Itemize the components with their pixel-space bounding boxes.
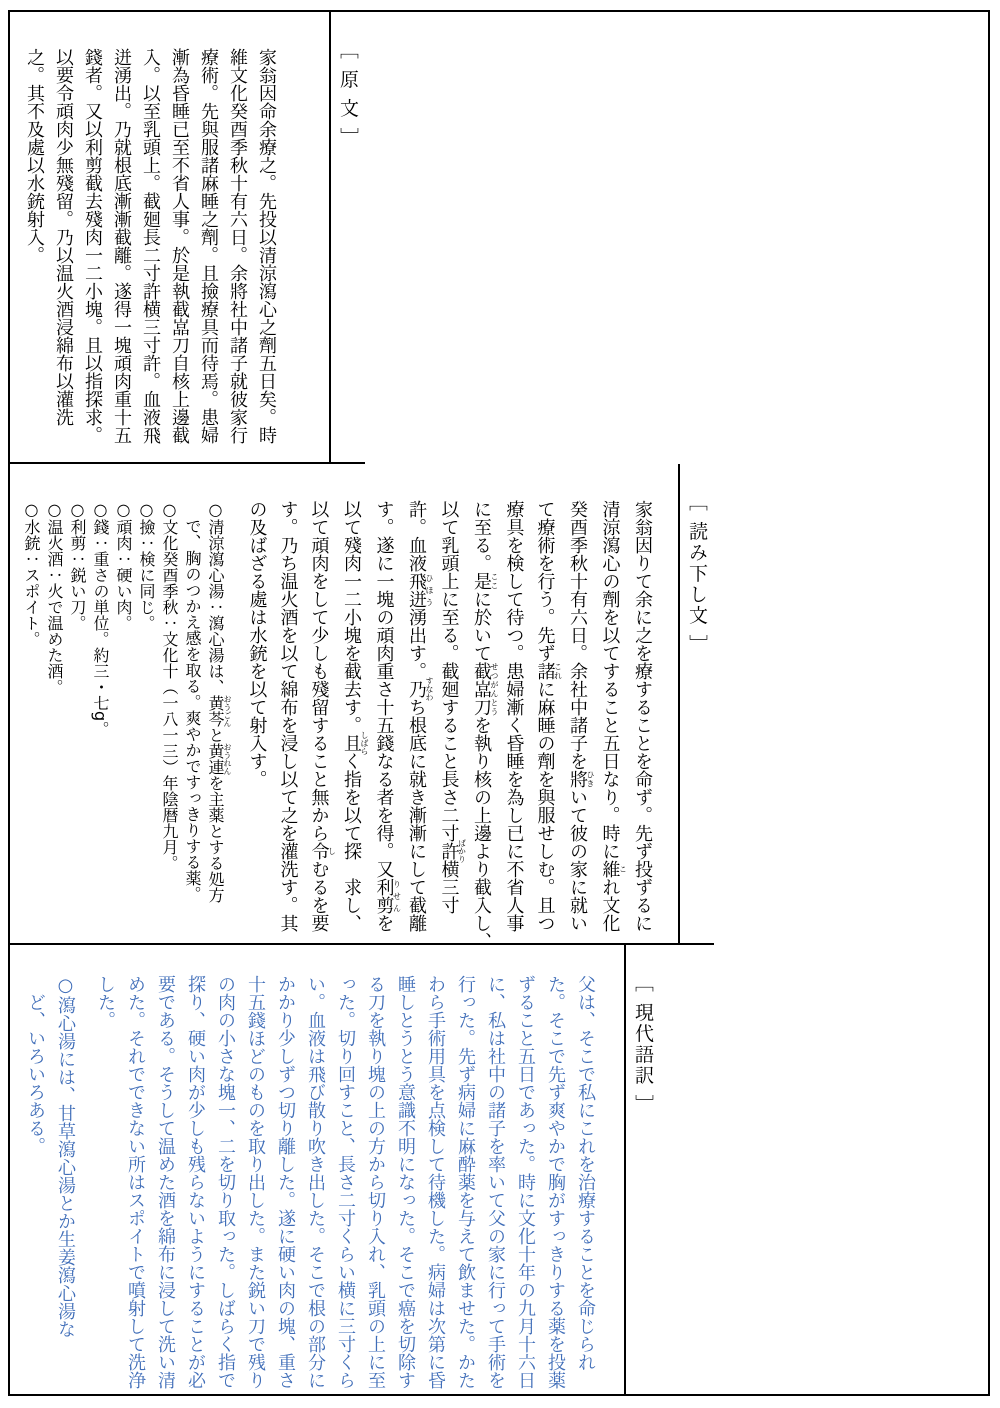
gendaigoyaku-note: ど、いろいろある。	[20, 975, 50, 1394]
gendaigoyaku-column: 行った。先ず病婦に麻酔薬を与えて飲ませた。かた	[450, 975, 480, 1394]
genbun-column: 以要令頑肉少無殘留。乃以温火酒浸綿布以灌洗	[49, 48, 78, 462]
genbun-column: 之。其不及處以水銃射入。	[20, 48, 49, 462]
genbun-column: 錢者。又以利剪截去殘肉一二小塊。且以指探求。	[78, 48, 107, 462]
yomikudashi-column: て療術を行う。先ず諸これに麻睡の劑を與服せしむ。且つ	[530, 500, 563, 943]
gendaigoyaku-column: ずること五日であった。時に文化十年の九月十六日	[510, 975, 540, 1394]
section-gendaigoyaku: ［ 現代語訳 ］ 父は、そこで私にこれを治療することを命じられ た。そこで先ず爽…	[10, 945, 660, 1394]
genbun-column: 家翁因命余療之。先投以清涼瀉心之劑五日矣。時	[252, 48, 281, 462]
yomikudashi-note: ○利剪：鋭い刀。	[66, 500, 89, 943]
yomikudashi-column: 許。血液飛迸ひほう湧出す。乃すなわち根底に就き漸漸にして截離	[401, 500, 434, 943]
gendaigoyaku-column: る刀を執り塊の上の方から切り入れ、乳頭の上に至	[360, 975, 390, 1394]
gendaigoyaku-column: った。切り回すこと、長さ二寸くらい横に三寸くら	[330, 975, 360, 1394]
gendaigoyaku-column: に、私は社中の諸子を率いて父の家に行って手術を	[480, 975, 510, 1394]
gendaigoyaku-column: 十五錢ほどのものを取り出した。また鋭い刀で残り	[240, 975, 270, 1394]
yomikudashi-note: ○温火酒：火で温めた酒。	[43, 500, 66, 943]
yomikudashi-column: す。遂に一塊の頑肉重さ十五錢なる者を得。又利剪りせんを	[369, 500, 402, 943]
genbun-column: 漸為昏睡已至不省人事。於是執截嵓刀自核上邊截	[165, 48, 194, 462]
gendaigoyaku-column: 要である。そうして温めた酒を綿布に浸して洗い清	[150, 975, 180, 1394]
gendaigoyaku-column: い。血液は飛び散り吹き出した。そこで根の部分に	[300, 975, 330, 1394]
yomikudashi-note: ○頑肉：硬い肉。	[112, 500, 135, 943]
yomikudashi-column: 家翁因りて余に之を療することを命ず。先ず投ずるに	[627, 500, 658, 943]
yomikudashi-column: す。乃ち温火酒を以て綿布を浸し以て之を灌洗す。其	[273, 500, 304, 943]
yomikudashi-column: 以て頑肉をして少しも殘留すること無から令しむるを要	[304, 500, 337, 943]
section-yomikudashi: ［ 読み下し文 ］ 家翁因りて余に之を療することを命ず。先ず投ずるに 清涼瀉心の…	[10, 464, 714, 945]
yomikudashi-column: 以て乳頭上に至る。截廻すること長さ二寸許ばかり横三寸	[434, 500, 467, 943]
yomikudashi-note: ○清涼瀉心湯：瀉心湯は、黄芩おうごんと黄連おうれんを主薬とする処方	[204, 500, 232, 943]
gendaigoyaku-column: 探り、硬い肉が少しも残らないようにすることが必	[180, 975, 210, 1394]
yomikudashi-header: ［ 読み下し文 ］	[680, 464, 714, 943]
yomikudashi-column: 以て殘肉一二小塊を截去す。且しばらく指を以て探 求し、	[336, 500, 369, 943]
genbun-header: ［ 原 文 ］	[331, 12, 365, 462]
document-page: ［ 原 文 ］ 家翁因命余療之。先投以清涼瀉心之劑五日矣。時 維文化癸酉季秋十有…	[0, 0, 1000, 1408]
document-frame: ［ 原 文 ］ 家翁因命余療之。先投以清涼瀉心之劑五日矣。時 維文化癸酉季秋十有…	[8, 10, 990, 1396]
yomikudashi-note: ○水銃：スポイト。	[20, 500, 43, 943]
gendaigoyaku-body: 父は、そこで私にこれを治療することを命じられ た。そこで先ず爽やかで胸がすっきり…	[20, 945, 600, 1394]
yomikudashi-body: 家翁因りて余に之を療することを命ず。先ず投ずるに 清涼瀉心の劑を以てすること五日…	[20, 464, 658, 943]
yomikudashi-column: 癸酉季秋十有六日。余社中諸子を將ひきいて彼の家に就い	[562, 500, 595, 943]
gendaigoyaku-header: ［ 現代語訳 ］	[626, 945, 660, 1394]
gendaigoyaku-column: の肉の小さな塊一、二を切り取った。しばらく指で	[210, 975, 240, 1394]
gendaigoyaku-column: た。そこで先ず爽やかで胸がすっきりする薬を投薬	[540, 975, 570, 1394]
gendaigoyaku-column: した。	[90, 975, 120, 1394]
gendaigoyaku-column: 父は、そこで私にこれを治療することを命じられ	[570, 975, 600, 1394]
gendaigoyaku-column: かかり少しずつ切り離した。遂に硬い肉の塊、重さ	[270, 975, 300, 1394]
yomikudashi-column: に至る。是ここに於いて截嵓刀せつがんとうを執り核の上邊より截入し、	[466, 500, 499, 943]
yomikudashi-note: ○撿：検に同じ。	[135, 500, 158, 943]
section-genbun: ［ 原 文 ］ 家翁因命余療之。先投以清涼瀉心之劑五日矣。時 維文化癸酉季秋十有…	[10, 12, 365, 464]
yomikudashi-note: で、胸のつかえ感を取る。爽やかですっきりする薬。	[181, 500, 204, 943]
genbun-column: 療術。先與服諸麻睡之劑。且撿療具而待焉。患婦	[194, 48, 223, 462]
genbun-column: 迸湧出。乃就根底漸漸截離。遂得一塊頑肉重十五	[107, 48, 136, 462]
gendaigoyaku-column: わら手術用具を点検して待機した。病婦は次第に昏	[420, 975, 450, 1394]
yomikudashi-note: ○錢：重さの単位。約三・七g。	[89, 500, 112, 943]
genbun-body: 家翁因命余療之。先投以清涼瀉心之劑五日矣。時 維文化癸酉季秋十有六日。余將社中諸…	[20, 12, 281, 462]
yomikudashi-note: ○文化癸酉季秋：文化十（一八一三）年陰暦九月。	[158, 500, 181, 943]
yomikudashi-column: の及ばざる處は水銃を以て射入す。	[242, 500, 273, 943]
genbun-column: 維文化癸酉季秋十有六日。余將社中諸子就彼家行	[223, 48, 252, 462]
gendaigoyaku-column: めた。それでできない所はスポイトで噴射して洗浄	[120, 975, 150, 1394]
gendaigoyaku-column: 睡しとうとう意識不明になった。そこで癌を切除す	[390, 975, 420, 1394]
gendaigoyaku-note: ○瀉心湯には、甘草瀉心湯とか生姜瀉心湯な	[50, 975, 80, 1394]
yomikudashi-column: 清涼瀉心の劑を以てすること五日なり。時に維これ文化	[595, 500, 628, 943]
yomikudashi-column: 療具を検して待つ。患婦漸く昏睡を為し已に不省人事	[499, 500, 530, 943]
genbun-column: 入。以至乳頭上。截廻長二寸許横三寸許。血液飛	[136, 48, 165, 462]
